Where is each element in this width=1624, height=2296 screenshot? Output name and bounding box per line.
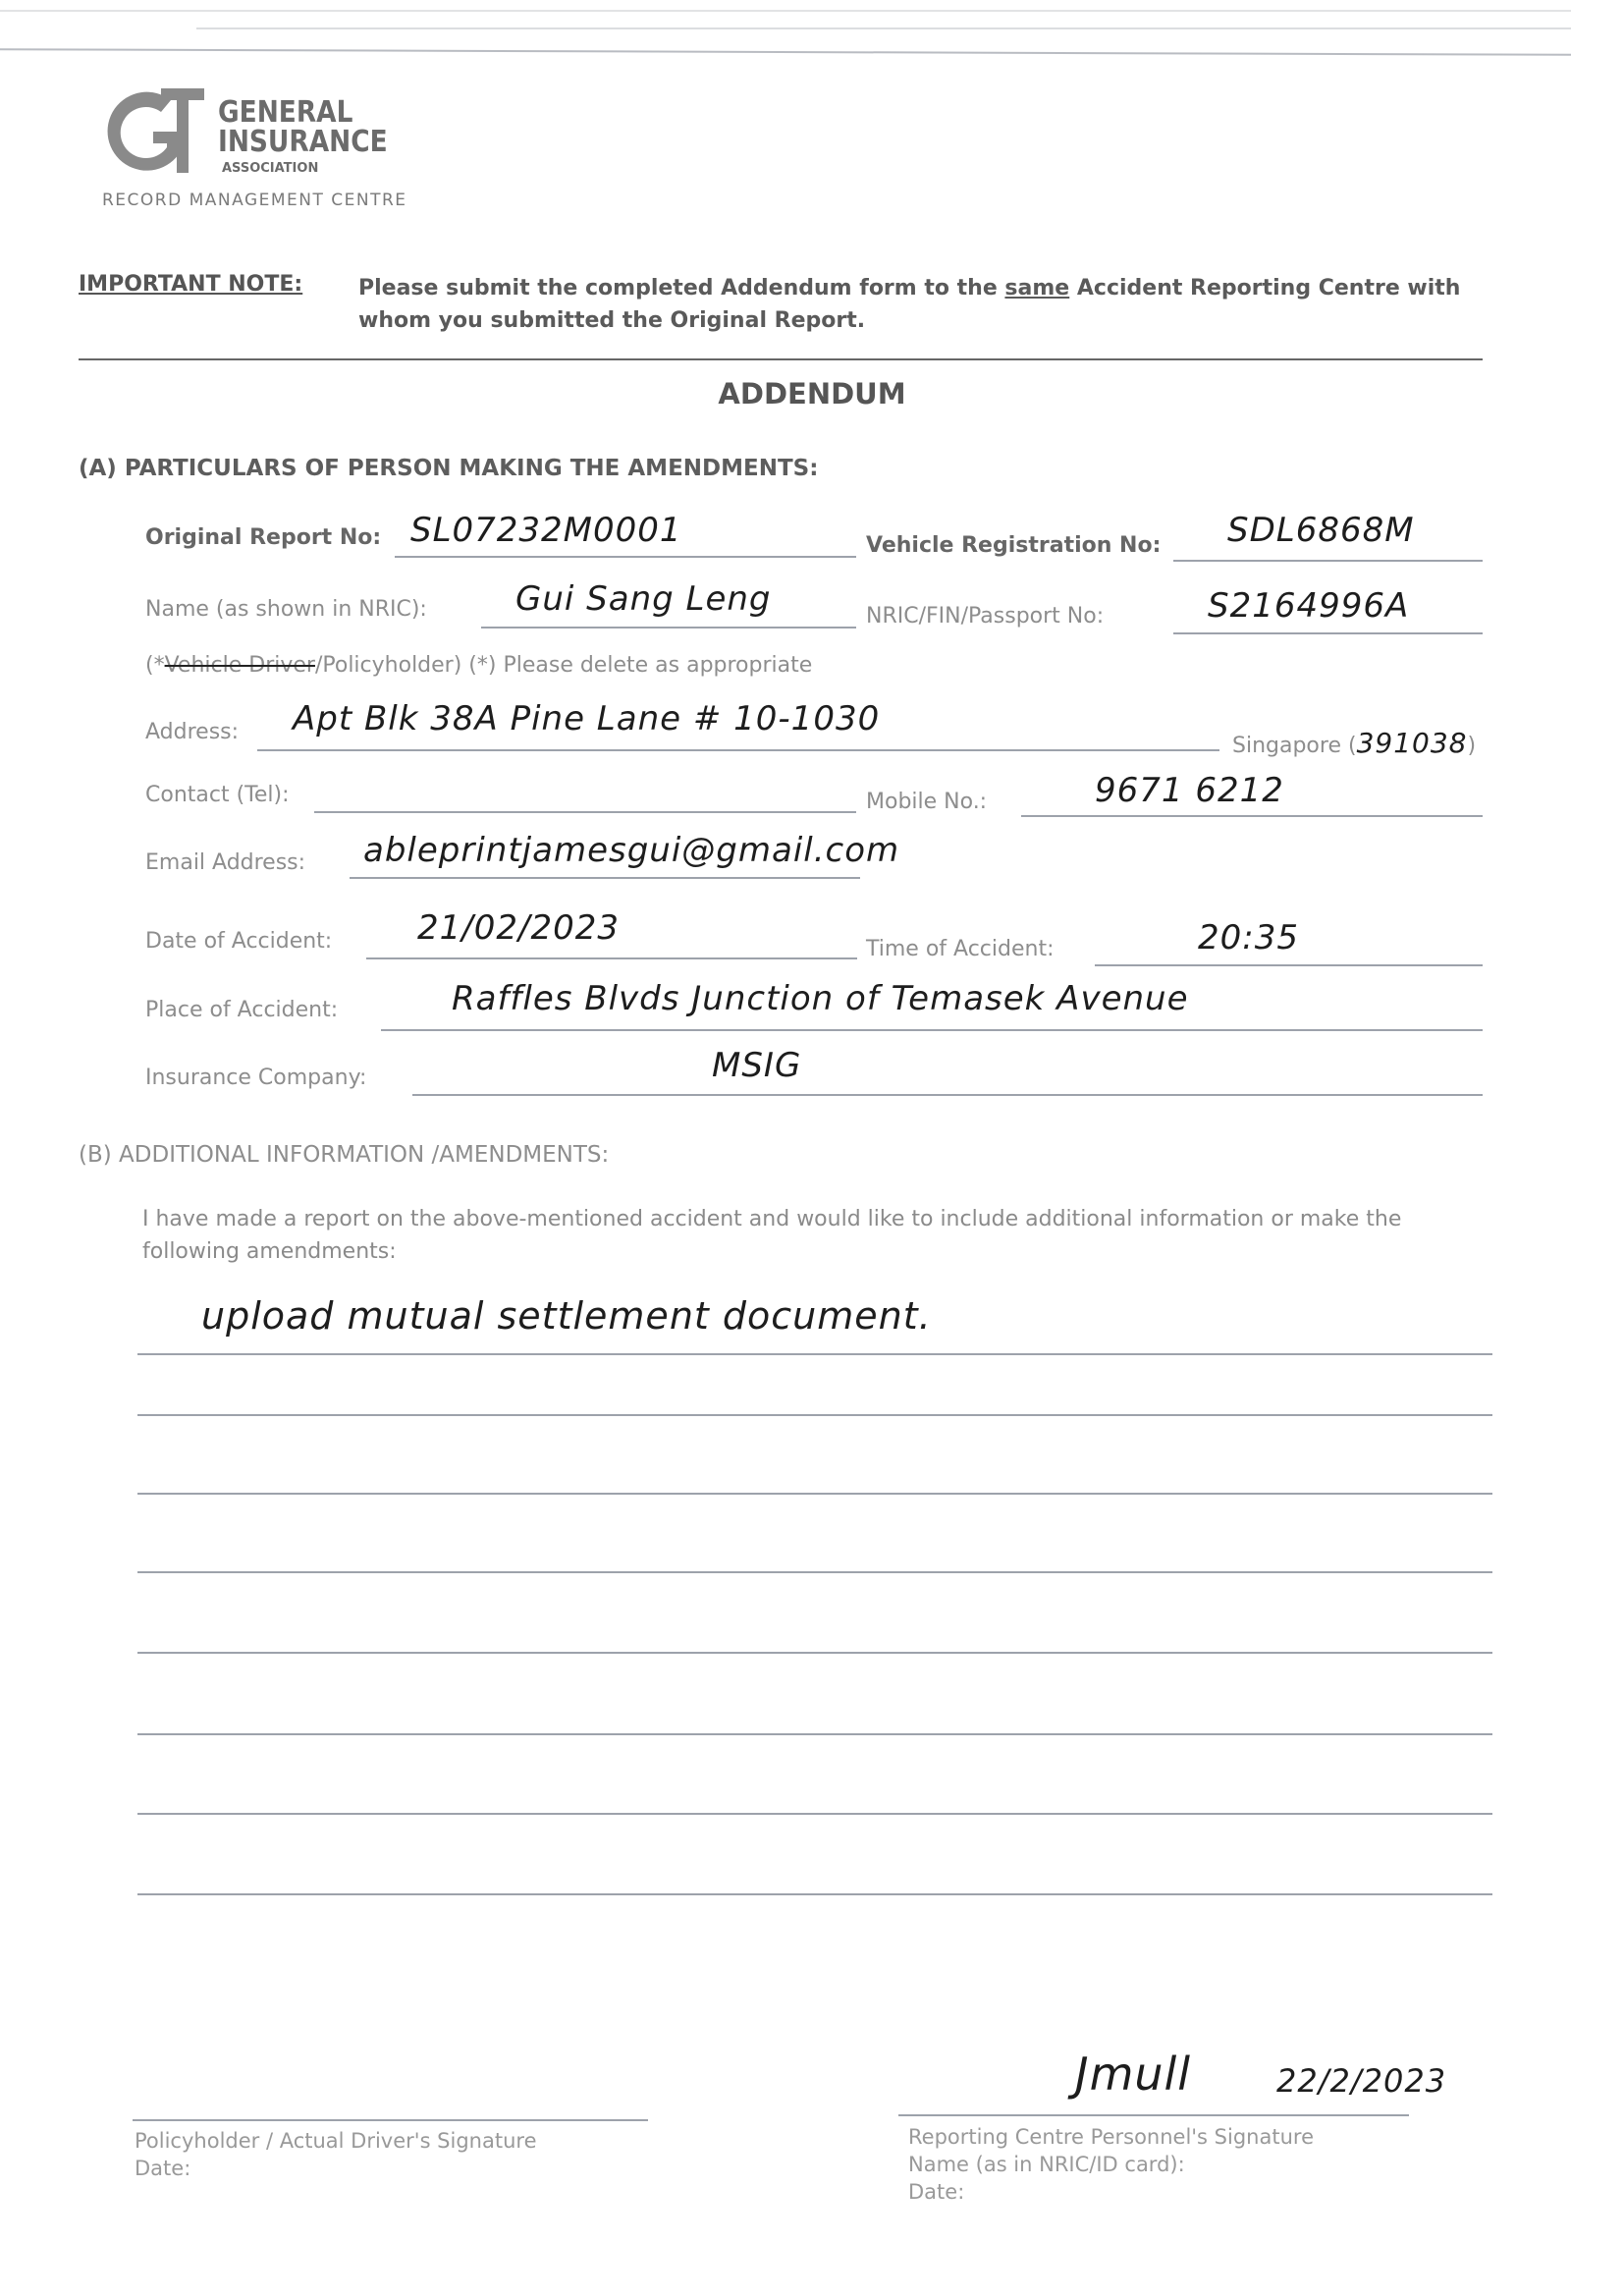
org-subtitle: ASSOCIATION — [222, 161, 318, 176]
name-line — [481, 627, 856, 629]
nric-label: NRIC/FIN/Passport No: — [866, 604, 1104, 629]
address-country: Singapore (391038) — [1232, 727, 1476, 759]
nric-line — [1173, 632, 1483, 634]
time-of-accident-field[interactable]: 20:35 — [1198, 918, 1299, 957]
section-b-heading: (B) ADDITIONAL INFORMATION /AMENDMENTS: — [79, 1142, 609, 1168]
scan-edge-line — [0, 10, 1571, 12]
personnel-name-label: Name (as in NRIC/ID card): — [908, 2151, 1314, 2178]
mobile-field[interactable]: 9671 6212 — [1095, 771, 1284, 810]
personnel-signature-block: Reporting Centre Personnel's Signature N… — [908, 2123, 1314, 2206]
nric-field[interactable]: S2164996A — [1208, 586, 1409, 626]
policyholder-signature-field[interactable] — [133, 2052, 648, 2111]
role-note: (*Vehicle Driver/Policyholder) (*) Pleas… — [145, 653, 812, 678]
amendment-line-1[interactable]: upload mutual settlement document. — [201, 1294, 932, 1338]
role-struck-option: Vehicle Driver — [165, 653, 315, 678]
vehicle-registration-line — [1173, 560, 1483, 562]
vehicle-registration-field[interactable]: SDL6868M — [1227, 511, 1415, 550]
place-of-accident-label: Place of Accident: — [145, 998, 338, 1022]
amendment-rule — [137, 1414, 1492, 1416]
divider — [79, 358, 1483, 360]
amendment-rule — [137, 1652, 1492, 1654]
name-field[interactable]: Gui Sang Leng — [515, 579, 772, 619]
date-of-accident-line — [366, 957, 857, 959]
scan-edge-line — [0, 48, 1571, 56]
insurance-company-line — [412, 1094, 1483, 1096]
department-name: RECORD MANAGEMENT CENTRE — [102, 191, 407, 210]
time-of-accident-line — [1095, 964, 1483, 966]
insurance-company-label: Insurance Company: — [145, 1066, 366, 1090]
address-line — [257, 749, 1219, 751]
personnel-signature-label: Reporting Centre Personnel's Signature — [908, 2123, 1314, 2151]
place-of-accident-field[interactable]: Raffles Blvds Junction of Temasek Avenue — [452, 979, 1189, 1018]
amendment-rule — [137, 1733, 1492, 1735]
name-label: Name (as shown in NRIC): — [145, 597, 427, 622]
policyholder-signature-block: Policyholder / Actual Driver's Signature… — [135, 2127, 537, 2182]
amendment-rule — [137, 1571, 1492, 1573]
personnel-signature-line — [898, 2114, 1409, 2116]
contact-tel-line — [314, 811, 856, 813]
time-of-accident-label: Time of Accident: — [866, 937, 1054, 961]
mobile-label: Mobile No.: — [866, 790, 987, 814]
section-a-heading: (A) PARTICULARS OF PERSON MAKING THE AME… — [79, 456, 818, 481]
amendment-rule — [137, 1493, 1492, 1495]
personnel-signature[interactable]: Jmull — [1075, 2048, 1191, 2101]
amendment-rule — [137, 1893, 1492, 1895]
original-report-no-line — [395, 556, 856, 558]
postal-code-field[interactable]: 391038 — [1357, 727, 1468, 759]
insurance-company-field[interactable]: MSIG — [712, 1046, 801, 1085]
personnel-date-label: Date: — [908, 2178, 1314, 2206]
mobile-line — [1021, 815, 1483, 817]
email-line — [350, 877, 860, 879]
address-field[interactable]: Apt Blk 38A Pine Lane # 10-1030 — [293, 699, 880, 738]
amendment-rule — [137, 1353, 1492, 1355]
contact-tel-label: Contact (Tel): — [145, 783, 290, 807]
email-field[interactable]: ableprintjamesgui@gmail.com — [363, 831, 899, 870]
scan-edge-line — [196, 27, 1571, 29]
original-report-no-label: Original Report No: — [145, 525, 381, 550]
important-note-text: Please submit the completed Addendum for… — [358, 272, 1488, 337]
policyholder-signature-label: Policyholder / Actual Driver's Signature — [135, 2127, 537, 2155]
org-name: GENERAL INSURANCE — [218, 98, 388, 157]
policyholder-signature-line — [133, 2119, 648, 2121]
address-label: Address: — [145, 720, 239, 744]
vehicle-registration-label: Vehicle Registration No: — [866, 533, 1161, 558]
personnel-signed-date[interactable]: 22/2/2023 — [1276, 2062, 1446, 2100]
place-of-accident-line — [381, 1029, 1483, 1031]
original-report-no-field[interactable]: SL07232M0001 — [410, 511, 682, 550]
email-label: Email Address: — [145, 850, 305, 875]
amendment-rule — [137, 1813, 1492, 1815]
gia-logo-icon — [102, 82, 208, 181]
date-of-accident-field[interactable]: 21/02/2023 — [417, 908, 620, 948]
policyholder-date-label: Date: — [135, 2155, 537, 2182]
section-b-intro: I have made a report on the above-mentio… — [142, 1203, 1488, 1268]
date-of-accident-label: Date of Accident: — [145, 929, 332, 954]
page-title: ADDENDUM — [0, 377, 1624, 410]
important-note-label: IMPORTANT NOTE: — [79, 272, 302, 297]
